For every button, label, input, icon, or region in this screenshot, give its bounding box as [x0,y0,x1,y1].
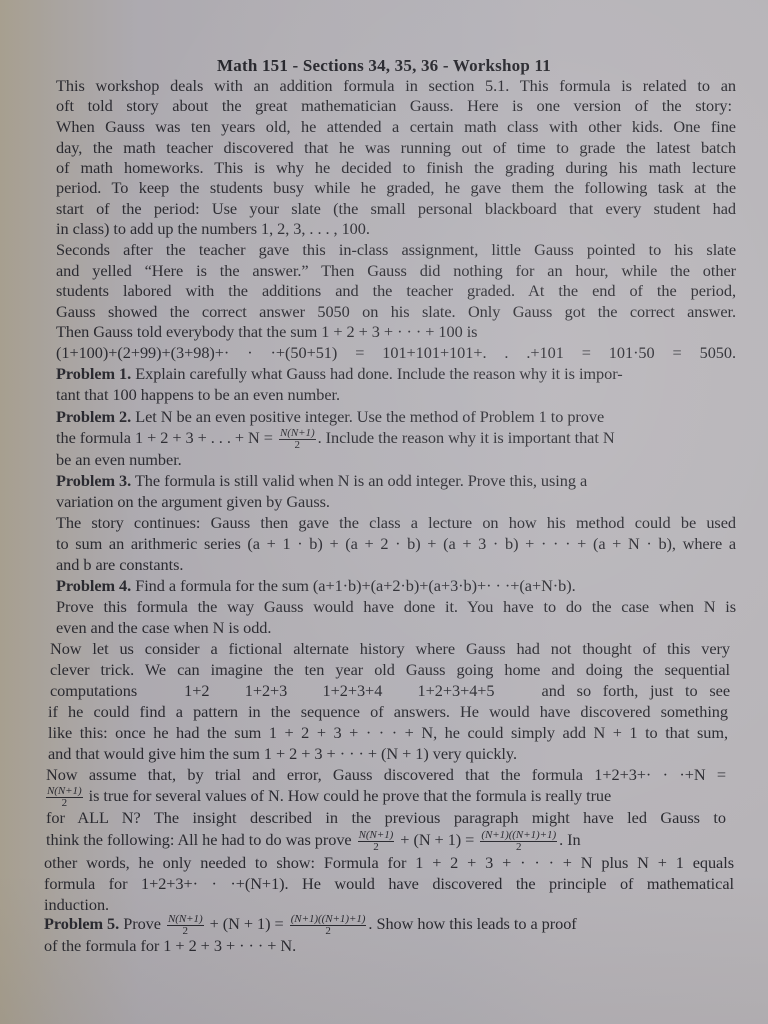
story-line: Then Gauss told everybody that the sum 1… [56,322,736,342]
problem-4-text-cont: Prove this formula the way Gauss would h… [56,597,736,617]
story-line: if he could find a pattern in the sequen… [48,702,728,722]
story-line: Now let us consider a fictional alternat… [50,639,730,659]
problem-5-text: . Show how this leads to a proof [368,914,576,933]
story-text: + (N + 1) = [400,830,474,849]
problem-2-text: . Include the reason why it is important… [318,428,615,447]
story-text: think the following: All he had to do wa… [46,830,352,849]
story-text: is true for several values of N. How cou… [85,786,612,805]
problem-1-text-cont: tant that 100 happens to be an even numb… [56,385,736,405]
problem-5: Problem 5. Prove N(N+1)2 + (N + 1) = (N+… [44,914,724,937]
problem-5-text-cont: of the formula for 1 + 2 + 3 + · · · + N… [44,936,724,956]
fraction: N(N+1)2 [279,428,316,451]
story-line: for ALL N? The insight described in the … [46,808,726,828]
problem-5-label: Problem 5. [44,914,119,933]
fraction: N(N+1)2 [167,914,204,937]
story-line: clever trick. We can imagine the ten yea… [50,660,730,680]
worksheet-page: Math 151 - Sections 34, 35, 36 - Worksho… [0,0,768,1024]
problem-4: Problem 4. Find a formula for the sum (a… [56,576,736,596]
problem-1: Problem 1. Explain carefully what Gauss … [56,364,736,384]
story-line: other words, he only needed to show: For… [44,853,734,873]
fraction: (N+1)((N+1)+1)2 [290,914,367,937]
story-line: like this: once he had the sum 1 + 2 + 3… [48,723,728,743]
problem-1-label: Problem 1. [56,364,131,383]
intro-line: oft told story about the great mathemati… [56,96,732,116]
intro-line: start of the period: Use your slate (the… [56,199,736,219]
story-line: Now assume that, by trial and error, Gau… [46,765,726,785]
problem-2-text: Let N be an even positive integer. Use t… [135,407,604,426]
gauss-sum-equation: (1+100)+(2+99)+(3+98)+· · ·+(50+51) = 10… [56,343,736,363]
page-title: Math 151 - Sections 34, 35, 36 - Worksho… [0,56,768,76]
intro-line: This workshop deals with an addition for… [56,76,736,96]
story-line: The story continues: Gauss then gave the… [56,513,736,533]
story-line: and yelled “Here is the answer.” Then Ga… [56,261,736,281]
story-line: and b are constants. [56,555,736,575]
problem-3-text-cont: variation on the argument given by Gauss… [56,492,736,512]
problem-2-text: the formula 1 + 2 + 3 + . . . + N = [56,428,273,447]
problem-2-text-cont: be an even number. [56,450,736,470]
problem-3: Problem 3. The formula is still valid wh… [56,471,736,491]
problem-2: Problem 2. Let N be an even positive int… [56,407,736,427]
story-line: Seconds after the teacher gave this in-c… [56,240,736,260]
fraction: (N+1)((N+1)+1)2 [480,830,557,853]
intro-line: day, the math teacher discovered that he… [56,138,736,158]
problem-4-label: Problem 4. [56,576,131,595]
problem-3-text: The formula is still valid when N is an … [135,471,587,490]
fraction: N(N+1)2 [46,786,83,809]
intro-line: of math homeworks. This is why he decide… [56,158,736,178]
fraction-denominator: 2 [358,842,395,853]
sequential-computations-line: computations 1+2 1+2+3 1+2+3+4 1+2+3+4+5… [50,681,730,701]
story-line: to sum an arithmeric series (a + 1 · b) … [56,534,736,554]
story-line: students labored with the additions and … [56,281,736,301]
story-line: and that would give him the sum 1 + 2 + … [48,744,728,764]
induction-equation-line: think the following: All he had to do wa… [46,830,726,853]
problem-1-text: Explain carefully what Gauss had done. I… [135,364,622,383]
problem-5-text: Prove [123,914,161,933]
problem-2-formula-line: the formula 1 + 2 + 3 + . . . + N = N(N+… [56,428,736,451]
intro-line: When Gauss was ten years old, he attende… [56,117,736,137]
problem-4-text: Find a formula for the sum (a+1·b)+(a+2·… [135,576,575,595]
story-line: N(N+1)2 is true for several values of N.… [46,786,726,809]
problem-3-label: Problem 3. [56,471,131,490]
fraction-denominator: 2 [480,842,557,853]
story-line: formula for 1+2+3+· · ·+(N+1). He would … [44,874,734,894]
intro-line: in class) to add up the numbers 1, 2, 3,… [56,219,736,239]
problem-2-label: Problem 2. [56,407,131,426]
story-text: . In [559,830,581,849]
problem-5-text: + (N + 1) = [210,914,284,933]
story-line: Gauss showed the correct answer 5050 on … [56,302,736,322]
fraction: N(N+1)2 [358,830,395,853]
problem-4-text-cont: even and the case when N is odd. [56,618,736,638]
intro-line: period. To keep the students busy while … [56,178,736,198]
story-line: induction. [44,895,724,915]
